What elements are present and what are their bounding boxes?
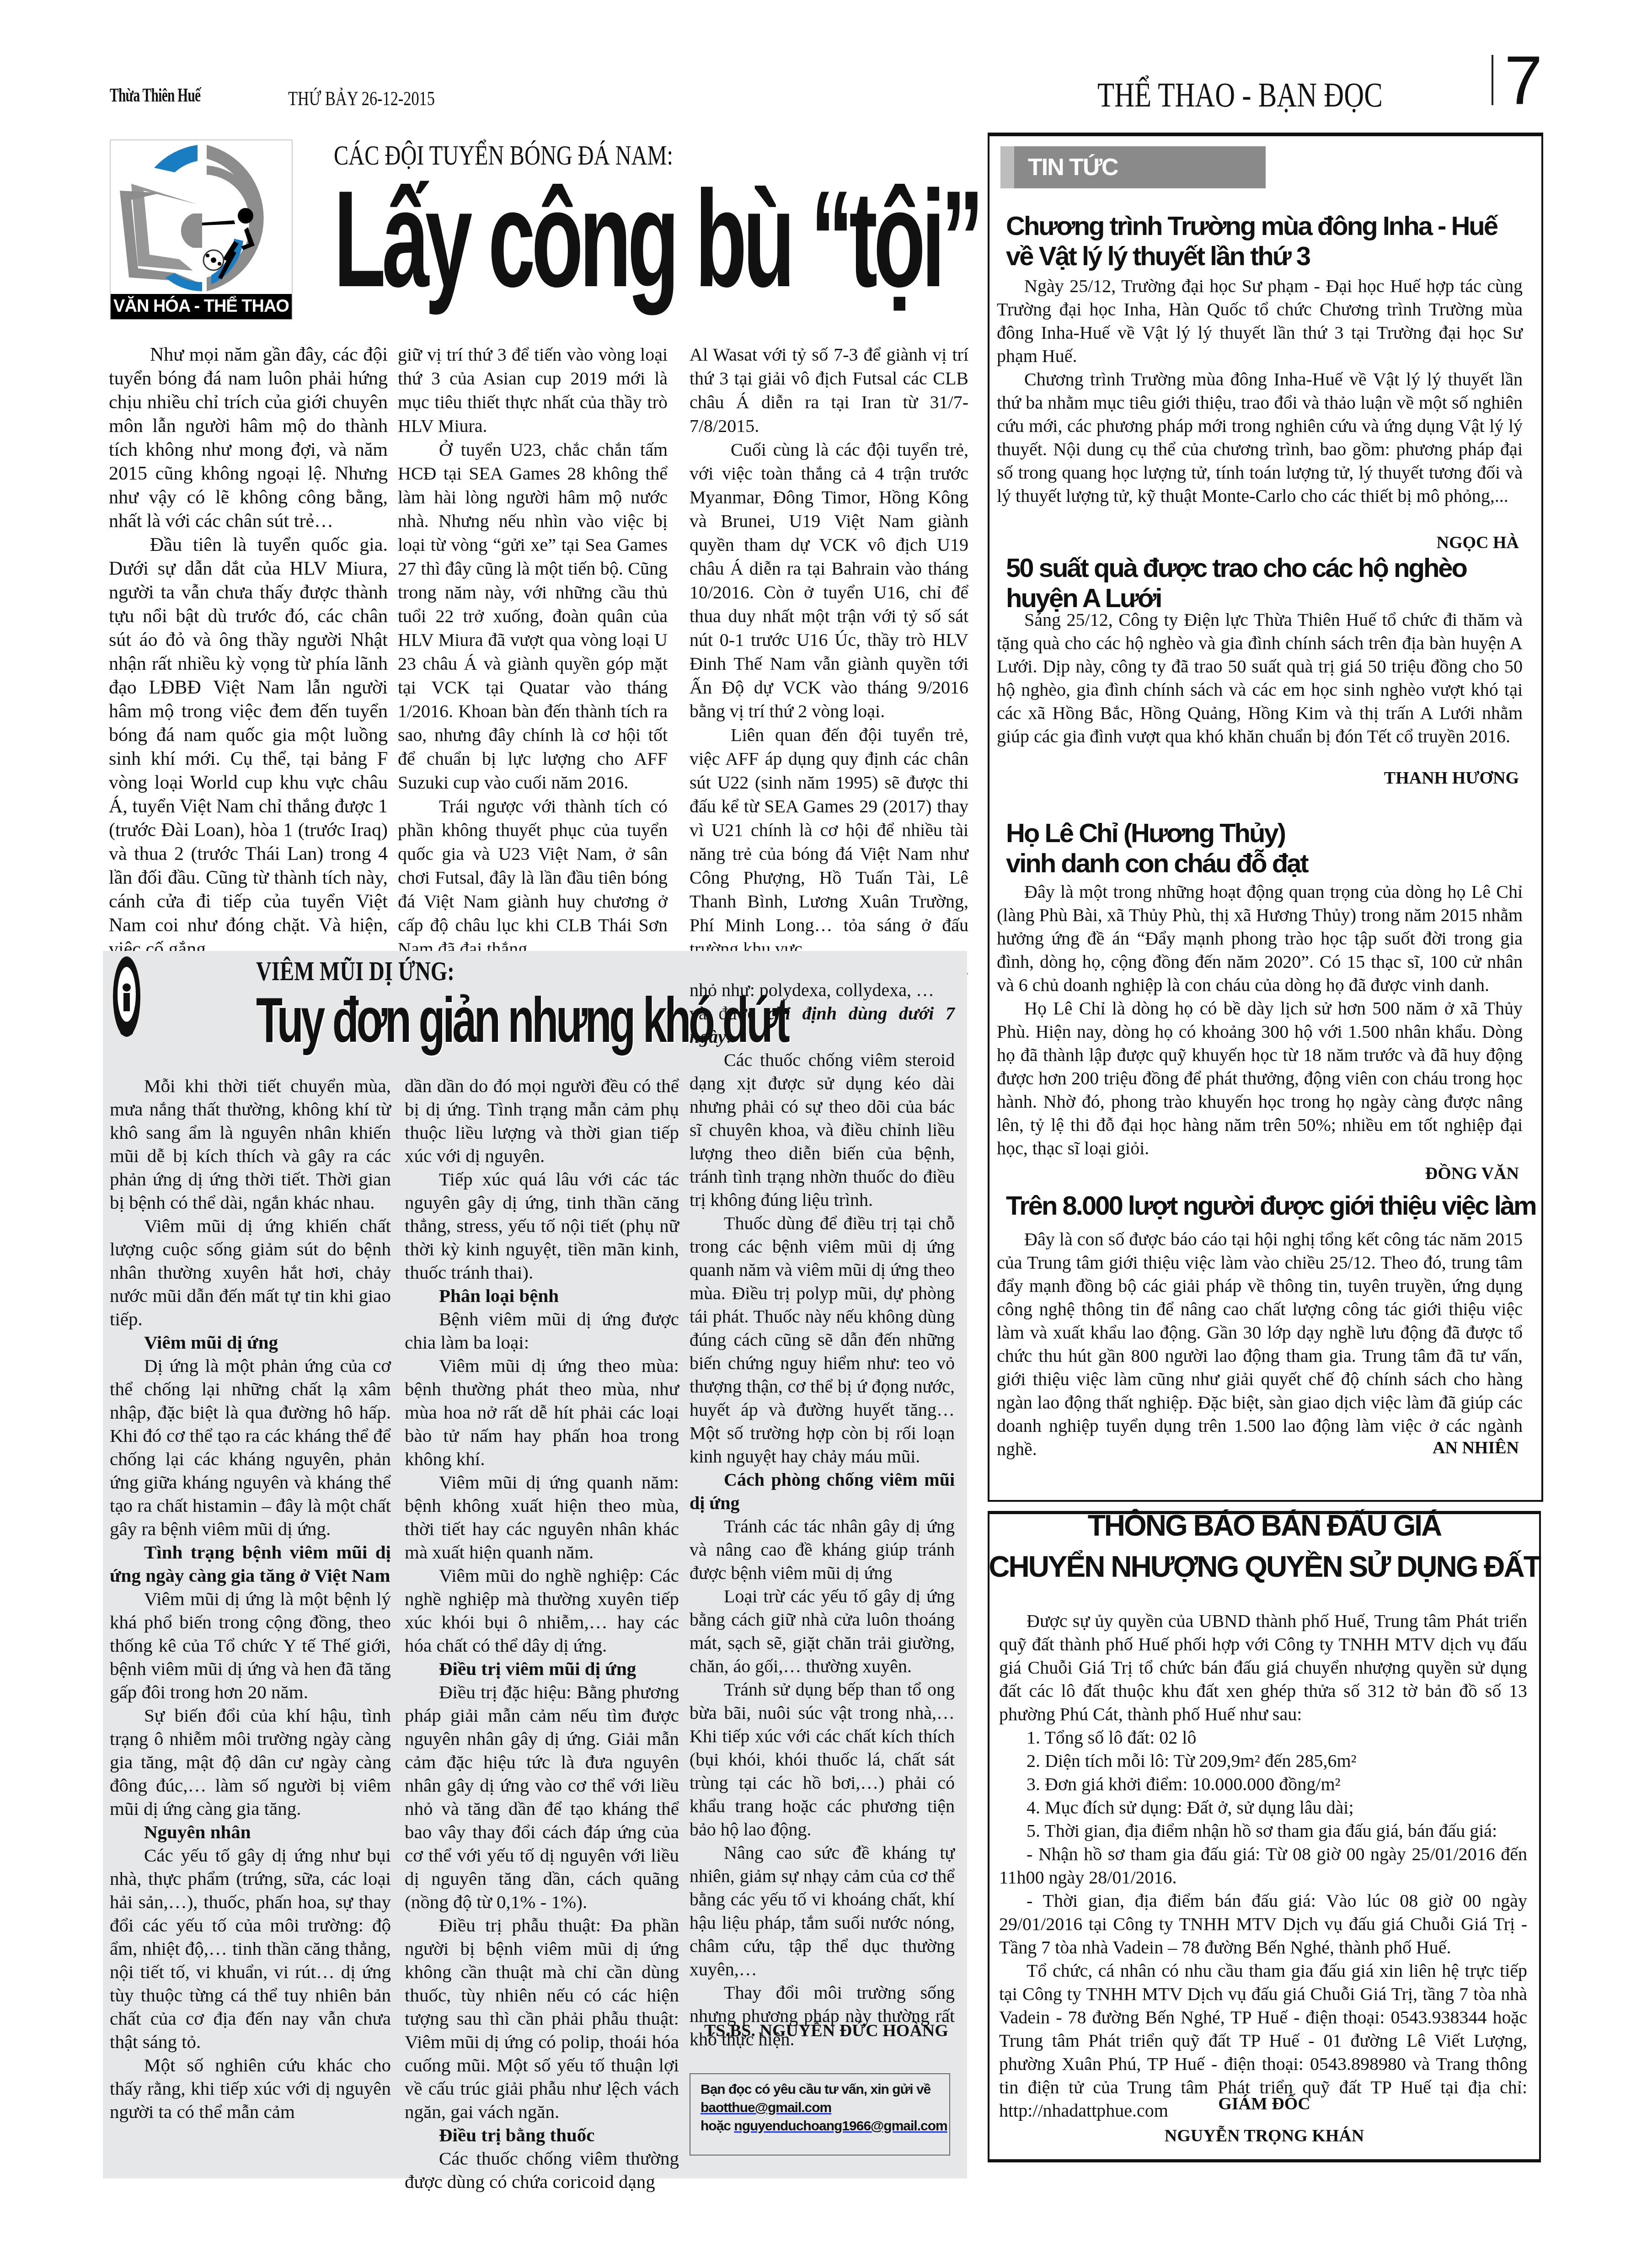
email-link-baotthue[interactable]: baotthue@gmail.com bbox=[701, 2099, 949, 2117]
auction-title-line-2: CHUYỂN NHƯỢNG QUYỀN SỬ DỤNG ĐẤT bbox=[988, 1550, 1541, 1584]
paragraph: Viêm mũi do nghề nghiệp: Các nghề nghiệp… bbox=[405, 1564, 679, 1657]
auction-item: 5. Thời gian, địa điểm nhận hồ sơ tham g… bbox=[999, 1819, 1527, 1842]
news-headline-3: Họ Lê Chỉ (Hương Thủy) vinh danh con chá… bbox=[1006, 818, 1308, 879]
page-number: 7 bbox=[1504, 46, 1542, 114]
paragraph: Họ Lê Chỉ là dòng họ có bề dày lịch sử h… bbox=[997, 997, 1523, 1160]
auction-item: 4. Mục đích sử dụng: Đất ở, sử dụng lâu … bbox=[999, 1796, 1527, 1819]
news-byline-1: NGỌC HÀ bbox=[1437, 533, 1519, 553]
section-title: THỂ THAO - BẠN ĐỌC bbox=[1097, 75, 1383, 115]
subheading: Tình trạng bệnh viêm mũi dị ứng ngày càn… bbox=[110, 1541, 391, 1587]
signature-title: GIÁM ĐỐC bbox=[988, 2094, 1541, 2114]
paragraph: Ngày 25/12, Trường đại học Sư phạm - Đại… bbox=[997, 274, 1523, 368]
paragraph: giữ vị trí thứ 3 để tiến vào vòng loại t… bbox=[398, 343, 668, 438]
masthead: Thừa Thiên Huế THỨ BẢY 26-12-2015 THỂ TH… bbox=[0, 0, 1647, 119]
health-column-3: nhỏ như: polydexa, collydexa, … và được … bbox=[690, 978, 955, 2051]
paragraph: Sự biến đổi của khí hậu, tình trạng ô nh… bbox=[110, 1704, 391, 1820]
health-column-1: Mỗi khi thời tiết chuyển mùa, mưa nắng t… bbox=[110, 1074, 391, 2124]
auction-item: 3. Đơn giá khởi điểm: 10.000.000 đồng/m² bbox=[999, 1772, 1527, 1796]
paragraph: Như mọi năm gần đây, các đội tuyển bóng … bbox=[109, 343, 388, 533]
paragraph: Thuốc dùng để điều trị tại chỗ trong các… bbox=[690, 1211, 955, 1468]
paragraph: Viêm mũi dị ứng theo mùa: bệnh thường ph… bbox=[405, 1354, 679, 1471]
masthead-divider bbox=[1492, 55, 1493, 105]
news-headline-1: Chương trình Trường mùa đông Inha - Huế … bbox=[1006, 211, 1497, 272]
health-kicker: VIÊM MŨI DỊ ỨNG: bbox=[256, 955, 455, 987]
auction-item: 1. Tổng số lô đất: 02 lô bbox=[999, 1726, 1527, 1749]
news-body-4: Đây là con số được báo cáo tại hội nghị … bbox=[997, 1227, 1523, 1461]
subheading: Nguyên nhân bbox=[110, 1820, 391, 1844]
lead-headline: Lấy công bù “tội” bbox=[334, 167, 980, 311]
reader-contact-box: Bạn đọc có yêu cầu tư vấn, xin gửi về ba… bbox=[690, 2073, 950, 2156]
paragraph: Tiếp xúc quá lâu với các tác nguyên gây … bbox=[405, 1168, 679, 1284]
paragraph: Tránh sử dụng bếp than tổ ong bừa bãi, n… bbox=[690, 1678, 955, 1841]
paragraph: Điều trị phẫu thuật: Đa phần người bị bệ… bbox=[405, 1914, 679, 2124]
paragraph: Đầu tiên là tuyển quốc gia. Dưới sự dẫn … bbox=[109, 533, 388, 961]
news-body-2: Sáng 25/12, Công ty Điện lực Thừa Thiên … bbox=[997, 608, 1523, 748]
contact-prompt: Bạn đọc có yêu cầu tư vấn, xin gửi về bbox=[701, 2081, 949, 2099]
subheading: Điều trị viêm mũi dị ứng bbox=[405, 1657, 679, 1681]
paragraph: Cuối cùng là các đội tuyển trẻ, với việc… bbox=[690, 438, 968, 723]
paragraph: Viêm mũi dị ứng quanh năm: bệnh không xu… bbox=[405, 1471, 679, 1564]
email-link-nguyenduchoang[interactable]: nguyenduchoang1966@gmail.com bbox=[734, 2119, 947, 2134]
subheading: Phân loại bệnh bbox=[405, 1284, 679, 1307]
lead-column-2: giữ vị trí thứ 3 để tiến vào vòng loại t… bbox=[398, 343, 668, 961]
issue-date: THỨ BẢY 26-12-2015 bbox=[288, 87, 435, 110]
paragraph: Mỗi khi thời tiết chuyển mùa, mưa nắng t… bbox=[110, 1074, 391, 1214]
paragraph-continuation: nhỏ như: polydexa, collydexa, … bbox=[690, 978, 955, 1002]
paragraph: Chương trình Trường mùa đông Inha-Huế về… bbox=[997, 368, 1523, 507]
paragraph: Đây là một trong những hoạt động quan tr… bbox=[997, 880, 1523, 997]
news-headline-4: Trên 8.000 lượt người được giới thiệu vi… bbox=[1006, 1191, 1536, 1221]
health-author-byline: TS.BS. NGUYỄN ĐỨC HOÀNG bbox=[704, 2021, 948, 2041]
news-byline-4: AN NHIÊN bbox=[1433, 1438, 1519, 1458]
paragraph: Viêm mũi dị ứng là một bệnh lý khá phổ b… bbox=[110, 1587, 391, 1704]
paper-name: Thừa Thiên Huế bbox=[110, 85, 200, 107]
health-column-2: dần dần do đó mọi người đều có thể bị dị… bbox=[405, 1074, 679, 2193]
health-column-logo-icon bbox=[110, 951, 144, 1042]
paragraph: Các thuốc chống viêm steroid dạng xịt đư… bbox=[690, 1048, 955, 1211]
paragraph: Tránh các tác nhân gây dị ứng và nâng ca… bbox=[690, 1515, 955, 1585]
paragraph: Đây là con số được báo cáo tại hội nghị … bbox=[997, 1227, 1523, 1461]
paragraph: Các thuốc chống viêm thường được dùng có… bbox=[405, 2147, 679, 2193]
subheading: Điều trị bằng thuốc bbox=[405, 2124, 679, 2147]
news-byline-3: ĐỒNG VĂN bbox=[1425, 1163, 1519, 1184]
news-body-1: Ngày 25/12, Trường đại học Sư phạm - Đại… bbox=[997, 274, 1523, 507]
signature-name: NGUYỄN TRỌNG KHÁN bbox=[988, 2126, 1541, 2146]
lead-column-1: Như mọi năm gần đây, các đội tuyển bóng … bbox=[109, 343, 388, 961]
auction-item: - Nhận hồ sơ tham gia đấu giá: Từ 08 giờ… bbox=[999, 1842, 1527, 1889]
news-headline-2: 50 suất quà được trao cho các hộ nghèo h… bbox=[1006, 553, 1466, 614]
lead-column-3: Al Wasat với tỷ số 7-3 để giành vị trí t… bbox=[690, 343, 968, 985]
paragraph: Al Wasat với tỷ số 7-3 để giành vị trí t… bbox=[690, 343, 968, 438]
paragraph: Sáng 25/12, Công ty Điện lực Thừa Thiên … bbox=[997, 608, 1523, 748]
auction-intro: Được sự ủy quyền của UBND thành phố Huế,… bbox=[999, 1609, 1527, 1726]
subheading: Viêm mũi dị ứng bbox=[110, 1331, 391, 1354]
paragraph-continuation: và được chỉ định dùng dưới 7 ngày. bbox=[690, 1002, 955, 1048]
subheading: Cách phòng chống viêm mũi dị ứng bbox=[690, 1468, 955, 1515]
logo-band-label: VĂN HÓA - THỂ THAO bbox=[111, 294, 292, 319]
paragraph: Một số nghiên cứu khác cho thấy rằng, kh… bbox=[110, 2054, 391, 2124]
paragraph: Loại trừ các yếu tố gây dị ứng bằng cách… bbox=[690, 1585, 955, 1678]
culture-sports-logo: VĂN HÓA - THỂ THAO bbox=[110, 139, 293, 320]
paragraph: Liên quan đến đội tuyển trẻ, việc AFF áp… bbox=[690, 723, 968, 961]
paragraph: Viêm mũi dị ứng khiến chất lượng cuộc số… bbox=[110, 1214, 391, 1331]
book-football-icon bbox=[111, 140, 292, 296]
news-body-3: Đây là một trong những hoạt động quan tr… bbox=[997, 880, 1523, 1160]
paragraph: Dị ứng là một phản ứng của cơ thể chống … bbox=[110, 1354, 391, 1541]
paragraph: Các yếu tố gây dị ứng như bụi nhà, thực … bbox=[110, 1844, 391, 2054]
auction-title-line-1: THÔNG BÁO BÁN ĐẤU GIÁ bbox=[988, 1509, 1541, 1542]
auction-item: 2. Diện tích mỗi lô: Từ 209,9m² đến 285,… bbox=[999, 1749, 1527, 1772]
paragraph: Ở tuyển U23, chắc chắn tấm HCĐ tại SEA G… bbox=[398, 438, 668, 795]
paragraph: Trái ngược với thành tích có phần không … bbox=[398, 795, 668, 961]
news-section-label: TIN TỨC bbox=[1000, 146, 1266, 188]
paragraph: dần dần do đó mọi người đều có thể bị dị… bbox=[405, 1074, 679, 1168]
auction-body: Được sự ủy quyền của UBND thành phố Huế,… bbox=[999, 1609, 1527, 2122]
news-byline-2: THANH HƯƠNG bbox=[1384, 768, 1519, 788]
paragraph: Bệnh viêm mũi dị ứng được chia làm ba lo… bbox=[405, 1307, 679, 1354]
paragraph: Nâng cao sức đề kháng tự nhiên, giảm sự … bbox=[690, 1841, 955, 1981]
auction-item: - Thời gian, địa điểm bán đấu giá: Vào l… bbox=[999, 1889, 1527, 1959]
paragraph: Điều trị đặc hiệu: Bằng phương pháp giải… bbox=[405, 1681, 679, 1914]
